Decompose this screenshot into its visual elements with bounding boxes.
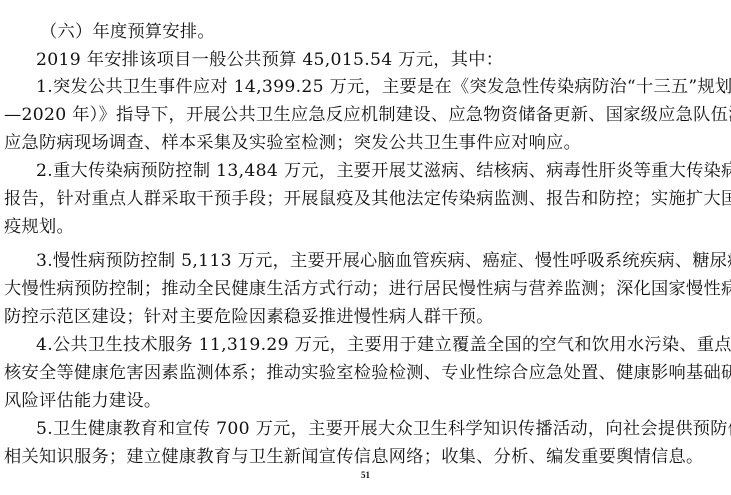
item-2-line-1: 2.重大传染病预防控制 13,484 万元，主要开展艾滋病、结核病、病毒性肝炎等… — [36, 161, 731, 181]
item-1-line-2: —2020 年）》指导下，开展公共卫生应急反应机制建设、应急物资储备更新、国家级… — [4, 105, 731, 125]
item-3-line-3: 防控示范区建设；针对主要危险因素稳妥推进慢性病人群干预。 — [4, 307, 494, 327]
item-1-line-1: 1.突发公共卫生事件应对 14,399.25 万元，主要是在《突发急性传染病防治… — [36, 77, 731, 97]
item-5-line-1: 5.卫生健康教育和宣传 700 万元，主要开展大众卫生科学知识传播活动，向社会提… — [36, 419, 731, 439]
item-4-line-1: 4.公共卫生技术服务 11,319.29 万元，主要用于建立覆盖全国的空气和饮用… — [36, 335, 731, 355]
item-3-line-2: 大慢性病预防控制；推动全民健康生活方式行动；进行居民慢性病与营养监测；深化国家慢… — [4, 279, 731, 299]
budget-summary: 2019 年安排该项目一般公共预算 45,015.54 万元，其中： — [36, 50, 503, 70]
item-2-line-2: 报告，针对重点人群采取干预手段；开展鼠疫及其他法定传染病监测、报告和防控；实施扩… — [4, 189, 731, 209]
page-number: 51 — [0, 470, 731, 480]
item-2-line-3: 疫规划。 — [4, 217, 74, 237]
section-heading: （六）年度预算安排。 — [40, 22, 215, 42]
item-1-line-3: 应急防病现场调查、样本采集及实验室检测；突发公共卫生事件应对响应。 — [4, 133, 581, 153]
item-3-line-1: 3.慢性病预防控制 5,113 万元，主要开展心脑血管疾病、癌症、慢性呼吸系统疾… — [36, 251, 731, 271]
item-4-line-2: 核安全等健康危害因素监测体系；推动实验室检验检测、专业性综合应急处置、健康影响基… — [4, 363, 731, 383]
item-4-line-3: 风险评估能力建设。 — [4, 391, 161, 411]
item-5-line-2: 相关知识服务；建立健康教育与卫生新闻宣传信息网络；收集、分析、编发重要舆情信息。 — [4, 447, 704, 467]
